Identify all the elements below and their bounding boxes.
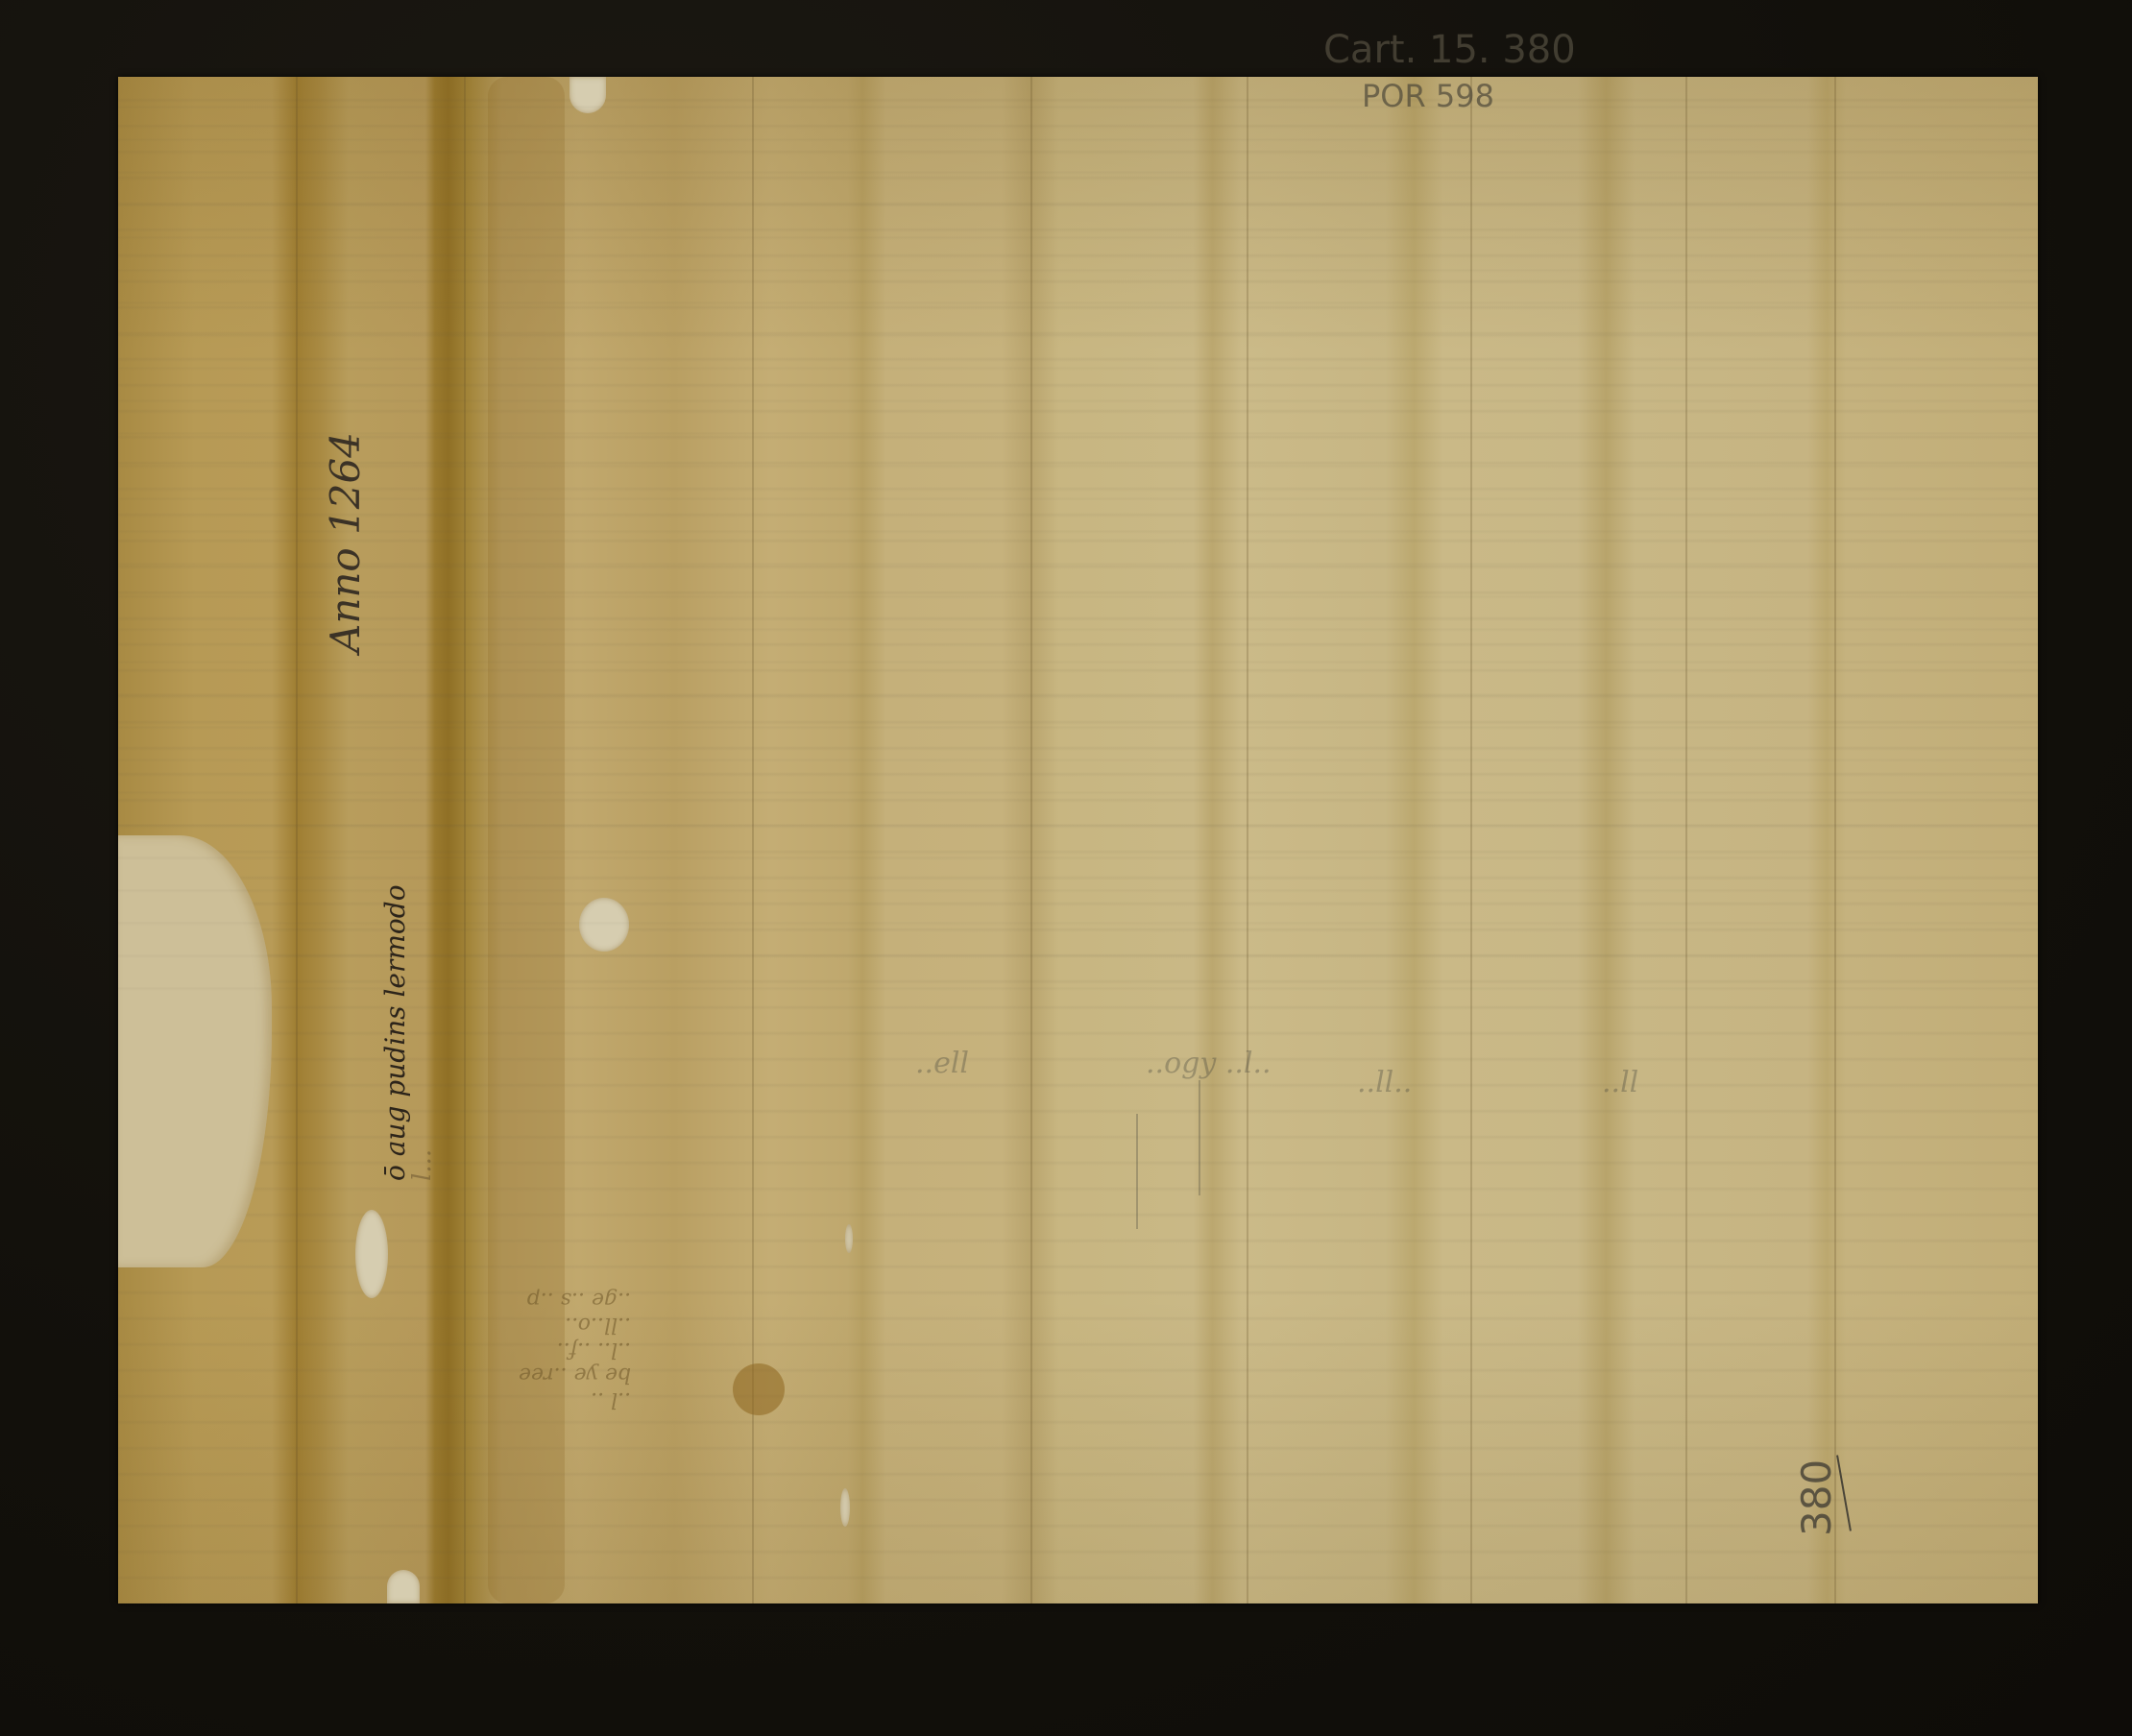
archive-reference: Cart. 15. 380 POR 598 xyxy=(1323,27,1576,119)
bleedthrough-text: ..ll.. xyxy=(1357,1066,1412,1099)
faded-inverted-note: ..l .. be ye ..ree ..l.. ..f.. ..ll..o..… xyxy=(519,1287,631,1411)
parchment-hole xyxy=(387,1570,420,1603)
date-annotation: Anno 1264 xyxy=(322,432,369,653)
parchment-hole xyxy=(840,1488,850,1527)
bleedthrough-text: ..ell xyxy=(915,1047,969,1080)
bleedthrough-stroke xyxy=(1199,1080,1200,1195)
archive-reference-line2: POR 598 xyxy=(1362,73,1576,119)
fold-line xyxy=(1030,77,1032,1603)
parchment-sheet: ..ell ..ogy ..l.. ..ll.. ..ll xyxy=(118,77,2038,1603)
parchment-hole xyxy=(355,1210,388,1298)
bleedthrough-text: ..ll xyxy=(1602,1066,1638,1099)
torn-edge-damage xyxy=(118,835,272,1267)
bleedthrough-stroke xyxy=(1136,1114,1138,1229)
fold-line xyxy=(464,77,466,1603)
latin-dorsal-note: ō aug pudins lermodo xyxy=(379,884,411,1181)
fold-line xyxy=(1834,77,1836,1603)
fold-line xyxy=(1685,77,1687,1603)
latin-dorsal-note-faint: l... xyxy=(408,1149,437,1181)
bleedthrough-text: ..ogy ..l.. xyxy=(1146,1047,1272,1080)
parchment-hole xyxy=(845,1224,853,1253)
fold-line xyxy=(1470,77,1472,1603)
archive-reference-line1: Cart. 15. 380 xyxy=(1323,28,1576,72)
parchment-hole xyxy=(579,898,629,952)
wax-stain xyxy=(733,1363,785,1415)
parchment-hole xyxy=(569,77,606,113)
corner-number: 380 xyxy=(1793,1459,1840,1536)
document-viewer: ..ell ..ogy ..l.. ..ll.. ..ll Cart. 15. … xyxy=(0,0,2132,1736)
fold-line xyxy=(1247,77,1248,1603)
fold-line xyxy=(296,77,298,1603)
